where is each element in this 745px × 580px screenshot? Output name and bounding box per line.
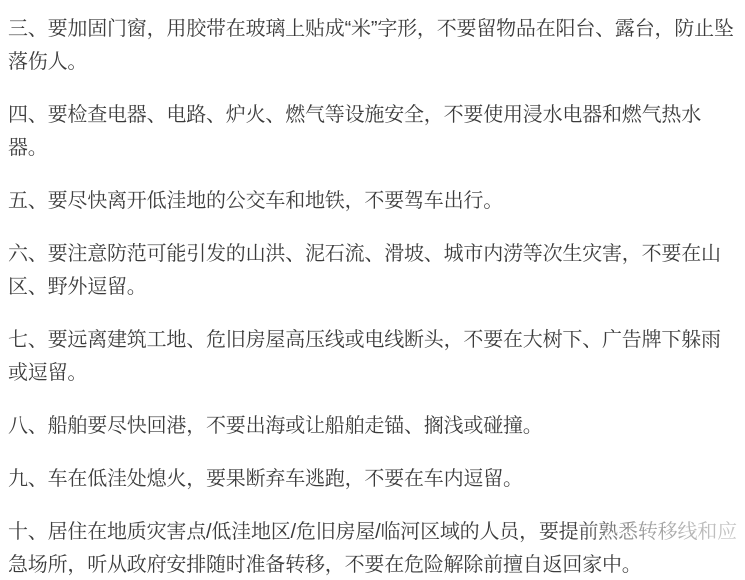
safety-tip-3: 三、要加固门窗，用胶带在玻璃上贴成“米”字形，不要留物品在阳台、露台，防止坠落伤… — [8, 13, 737, 79]
safety-instructions-article: 三、要加固门窗，用胶带在玻璃上贴成“米”字形，不要留物品在阳台、露台，防止坠落伤… — [0, 0, 745, 580]
safety-tip-5: 五、要尽快离开低洼地的公交车和地铁，不要驾车出行。 — [8, 185, 737, 218]
safety-tip-7: 七、要远离建筑工地、危旧房屋高压线或电线断头，不要在大树下、广告牌下躲雨或逗留。 — [8, 324, 737, 390]
safety-tip-4: 四、要检查电器、电路、炉火、燃气等设施安全，不要使用浸水电器和燃气热水器。 — [8, 99, 737, 165]
safety-tip-10-text: 十、居住在地质灾害点/低洼地区/危旧房屋/临河区域的人员，要提前熟悉转移线和应急… — [8, 521, 737, 576]
safety-tip-8: 八、船舶要尽快回港，不要出海或让船舶走锚、搁浅或碰撞。 — [8, 410, 737, 443]
safety-tip-6: 六、要注意防范可能引发的山洪、泥石流、滑坡、城市内涝等次生灾害，不要在山区、野外… — [8, 238, 737, 304]
safety-tip-10: 十、居住在地质灾害点/低洼地区/危旧房屋/临河区域的人员，要提前熟悉转移线和应急… — [8, 516, 737, 580]
safety-tip-9: 九、车在低洼处熄火，要果断弃车逃跑，不要在车内逗留。 — [8, 463, 737, 496]
